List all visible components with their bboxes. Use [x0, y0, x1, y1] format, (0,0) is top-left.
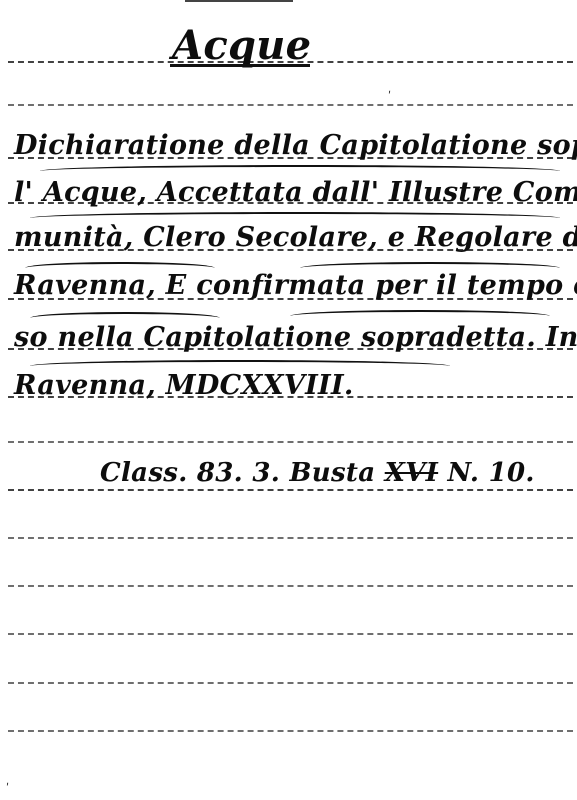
shelfmark-prefix: Class. 83. 3. — [100, 458, 280, 488]
stray-ink-mark: ʹ — [6, 782, 9, 795]
heading-underline — [170, 64, 310, 67]
shelfmark-number: N. 10. — [448, 458, 535, 488]
ruled-line — [8, 104, 573, 106]
catalog-card: Acque Dichiaratione della Capitolatione … — [0, 0, 577, 800]
ruled-line — [8, 441, 573, 443]
ruled-line — [8, 730, 573, 732]
body-line-3: munità, Clero Secolare, e Regolare di — [14, 222, 577, 253]
shelfmark-word: Busta — [289, 458, 375, 488]
stray-ink-mark: ʹ — [388, 90, 391, 103]
heading: Acque — [172, 22, 311, 69]
body-line-5: so nella Capitolatione sopradetta. In — [14, 322, 577, 353]
ruled-line — [8, 537, 573, 539]
ruled-line — [8, 633, 573, 635]
body-line-6: Ravenna, MDCXXVIII. — [14, 370, 354, 401]
struck-numeral: XVI — [385, 458, 438, 488]
shelfmark: Class. 83. 3. Busta XVI N. 10. — [100, 458, 535, 488]
top-edge-mark — [185, 0, 293, 2]
body-line-4: Ravenna, E confirmata per il tempo espre… — [14, 270, 577, 301]
ruled-line — [8, 682, 573, 684]
ruled-line — [8, 585, 573, 587]
underline-stroke — [40, 165, 560, 177]
ruled-line — [8, 489, 573, 491]
body-line-2: l' Acque, Accettata dall' Illustre Com- — [14, 177, 577, 208]
body-line-1: Dichiaratione della Capitolatione sopra — [14, 130, 577, 161]
underline-stroke — [290, 310, 550, 322]
